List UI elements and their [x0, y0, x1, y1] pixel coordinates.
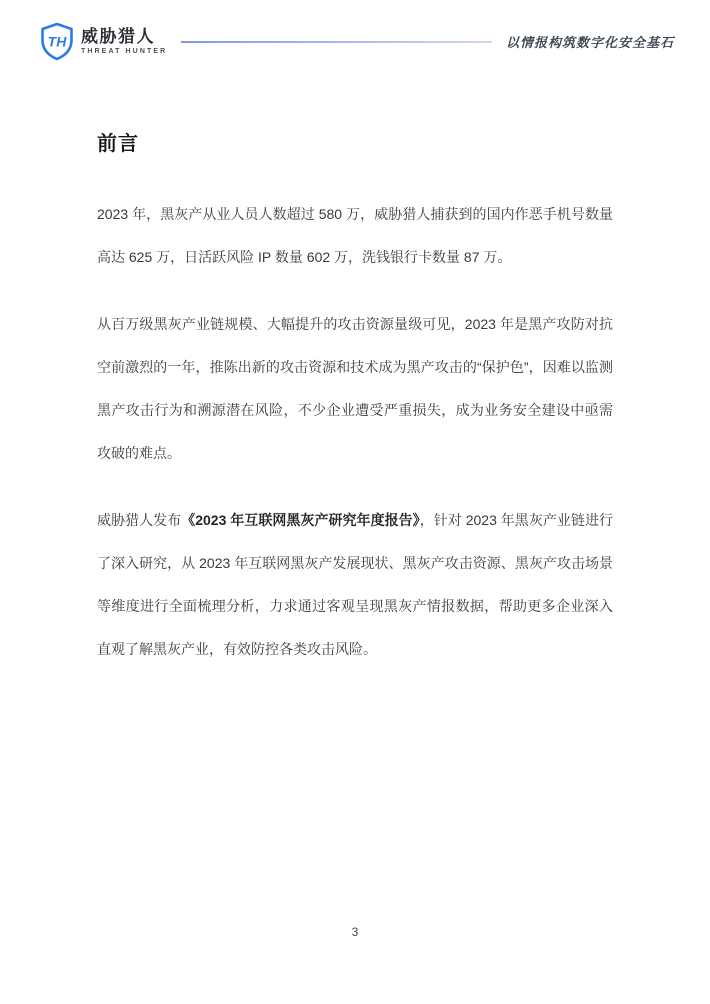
paragraph: 2023 年，黑灰产从业人员人数超过 580 万，威胁猎人捕获到的国内作恶手机号… [97, 193, 613, 279]
logo-wordmark: 威胁猎人 THREAT HUNTER [81, 28, 167, 55]
header-tagline: 以情报构筑数字化安全基石 [506, 32, 674, 51]
logo-monogram: TH [48, 34, 68, 50]
threat-hunter-logo: TH 威胁猎人 THREAT HUNTER [40, 22, 167, 61]
paragraph: 威胁猎人发布《2023 年互联网黑灰产研究年度报告》，针对 2023 年黑灰产业… [97, 499, 613, 671]
header-divider-line [181, 41, 492, 43]
page-header: TH 威胁猎人 THREAT HUNTER 以情报构筑数字化安全基石 [40, 22, 674, 61]
paragraph-text: 2023 年，黑灰产从业人员人数超过 580 万，威胁猎人捕获到的国内作恶手机号… [97, 206, 613, 265]
report-title-bold-text: 《2023 年互联网黑灰产研究年度报告》 [181, 512, 420, 528]
paragraph: 从百万级黑灰产业链规模、大幅提升的攻击资源量级可见，2023 年是黑产攻防对抗空… [97, 303, 613, 475]
shield-logo-icon: TH [40, 22, 74, 61]
page-number: 3 [0, 925, 710, 939]
logo-name-en: THREAT HUNTER [81, 48, 167, 55]
paragraph-text: ，针对 2023 年黑灰产业链进行了深入研究，从 2023 年互联网黑灰产发展现… [97, 512, 613, 657]
section-title: 前言 [97, 131, 613, 157]
paragraph-text: 威胁猎人发布 [97, 512, 181, 528]
logo-name-cn: 威胁猎人 [81, 28, 167, 45]
paragraph-text: 从百万级黑灰产业链规模、大幅提升的攻击资源量级可见，2023 年是黑产攻防对抗空… [97, 316, 613, 461]
document-page: TH 威胁猎人 THREAT HUNTER 以情报构筑数字化安全基石 前言 20… [0, 0, 710, 1004]
paragraphs: 2023 年，黑灰产从业人员人数超过 580 万，威胁猎人捕获到的国内作恶手机号… [97, 193, 613, 671]
document-content: 前言 2023 年，黑灰产从业人员人数超过 580 万，威胁猎人捕获到的国内作恶… [97, 131, 613, 695]
